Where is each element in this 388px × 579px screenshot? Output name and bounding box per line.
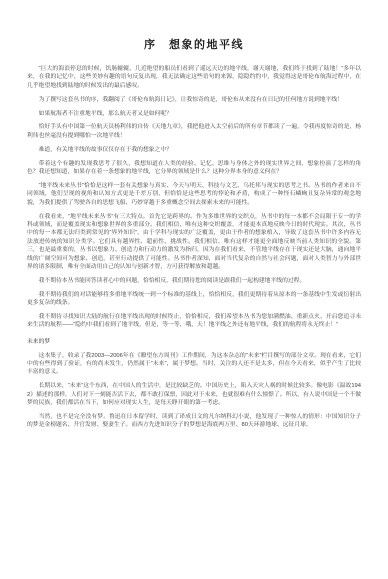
paragraph: “地平线未来丛书”恰恰是这样一套有关想象与真实、今天与明天、科技与文艺、乌托邦与… bbox=[27, 182, 361, 207]
paragraph: 我不期待寻找知识大陆的航行在地平线出现的时候终止，恰恰相反，我们希望本丛书为您加… bbox=[27, 313, 361, 330]
paragraph: 如果航海者不注重地平线，那么航天者又是如何呢？ bbox=[27, 110, 361, 118]
paragraph: 我不期待我们的对话能够将多重地平线统一到一个标准的基线上，恰恰相反，我们更期待着… bbox=[27, 291, 361, 308]
paragraph: 这本集子，收录了我2003—2006年在《瞭望东方周刊》工作期间，为这本杂志的“… bbox=[27, 352, 361, 377]
paragraph: 长期以来，“未来”这个东西，在中国人的生活中，是比较缺乏的。中国历史上，陷入天灾… bbox=[27, 382, 361, 407]
paragraph: 当然，也不是完全没有梦。鲁迅在日本留学时，读到了译成日文的凡尔纳科幻小说，他发现… bbox=[27, 413, 361, 430]
paragraph: 难道，有关地平线的故事仅仅存在于我的想象之中？ bbox=[27, 146, 361, 154]
paragraph: 在我看来，“地平线未来丛书”有三大特点。首先它是跨界的。作为多维世界的交织点，丛… bbox=[27, 213, 361, 272]
paragraph: 带着这个有趣的发现我思考了很久，我想知道在人类的经验、记忆、思维与身体之外的现实… bbox=[27, 160, 361, 177]
paragraph: “巨大的海浪停息的时候，饥肠辘辘、几近绝望的船员们看到了遥远天边的地平线，谢天谢… bbox=[27, 65, 361, 90]
paragraph: 为了撰写这套丛书的序，我翻阅了《哥伦布航海日记》，让我惊奇的是，哥伦布从来没有在… bbox=[27, 96, 361, 104]
page-title: 序 想象的地平线 bbox=[27, 36, 361, 52]
document-page: 序 想象的地平线 “巨大的海浪停息的时候，饥肠辘辘、几近绝望的船员们看到了遥远天… bbox=[0, 0, 388, 579]
paragraph: 我不期待本丛书能回答读者心中的问题，恰恰相反，我们期待您的阅读是跟我们一起构建地… bbox=[27, 277, 361, 285]
paragraph: 恰好手头有中国第一位航天员杨利伟的自传《天地九章》，我把他进入太空前后的所有章节… bbox=[27, 123, 361, 140]
section-heading: 未来的梦 bbox=[27, 338, 361, 346]
